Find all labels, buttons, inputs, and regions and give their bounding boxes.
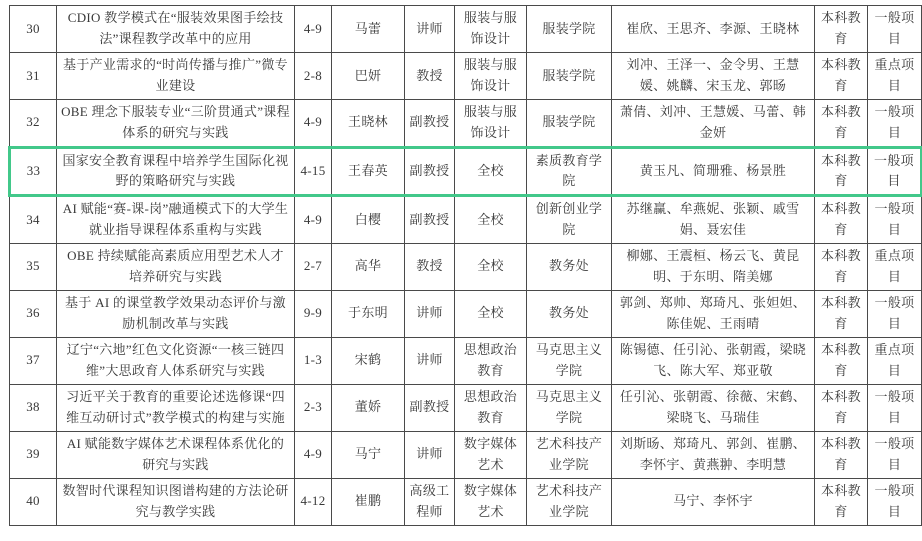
- page: 30 CDIO 教学模式在“服装效果图手绘技法”课程教学改革中的应用 4-9 马…: [0, 0, 922, 541]
- duration-cell: 1-3: [295, 337, 332, 384]
- members-cell: 崔欣、王思齐、李源、王晓林: [612, 6, 815, 53]
- duration-cell: 4-12: [295, 478, 332, 525]
- leader-cell: 王春英: [332, 147, 405, 196]
- project-type-cell: 重点项目: [868, 337, 922, 384]
- department-cell: 服装学院: [527, 100, 612, 148]
- table-row: 37 辽宁“六地”红色文化资源“一核三链四维”大思政育人体系研究与实践 1-3 …: [10, 337, 922, 384]
- table-row: 40 数智时代课程知识图谱构建的方法论研究与教学实践 4-12 崔鹏 高级工程师…: [10, 478, 922, 525]
- rank-cell: 讲师: [405, 290, 455, 337]
- duration-cell: 2-3: [295, 384, 332, 431]
- project-type-cell: 重点项目: [868, 53, 922, 100]
- table-row: 32 OBE 理念下服装专业“三阶贯通式”课程体系的研究与实践 4-9 王晓林 …: [10, 100, 922, 148]
- table-row-highlighted[interactable]: 33 国家安全教育课程中培养学生国际化视野的策略研究与实践 4-15 王春英 副…: [10, 147, 922, 196]
- project-title-cell: AI 赋能数字媒体艺术课程体系优化的研究与实践: [57, 431, 295, 478]
- department-cell: 马克思主义学院: [527, 337, 612, 384]
- project-title-cell: 习近平关于教育的重要论述选修课“四维互动研讨式”教学模式的构建与实施: [57, 384, 295, 431]
- rank-cell: 副教授: [405, 196, 455, 244]
- members-cell: 刘斯旸、郑琦凡、郭剑、崔鹏、李怀宇、黄燕翀、李明慧: [612, 431, 815, 478]
- department-cell: 服装学院: [527, 6, 612, 53]
- members-cell: 萧倩、刘冲、王慧媛、马蕾、韩金妍: [612, 100, 815, 148]
- members-cell: 苏继赢、牟燕妮、张颖、戚雪娟、聂宏佳: [612, 196, 815, 244]
- duration-cell: 9-9: [295, 290, 332, 337]
- row-number-cell: 40: [10, 478, 57, 525]
- education-level-cell: 本科教育: [815, 384, 868, 431]
- members-cell: 马宁、李怀宇: [612, 478, 815, 525]
- table-row: 36 基于 AI 的课堂教学效果动态评价与激励机制改革与实践 9-9 于东明 讲…: [10, 290, 922, 337]
- leader-cell: 王晓林: [332, 100, 405, 148]
- table-row: 30 CDIO 教学模式在“服装效果图手绘技法”课程教学改革中的应用 4-9 马…: [10, 6, 922, 53]
- project-type-cell: 一般项目: [868, 431, 922, 478]
- duration-cell: 2-8: [295, 53, 332, 100]
- leader-cell: 于东明: [332, 290, 405, 337]
- table-row: 35 OBE 持续赋能高素质应用型艺术人才培养研究与实践 2-7 高华 教授 全…: [10, 243, 922, 290]
- education-level-cell: 本科教育: [815, 100, 868, 148]
- members-cell: 任引沁、张朝霞、徐薇、宋鹤、梁晓飞、马瑞佳: [612, 384, 815, 431]
- table-row: 39 AI 赋能数字媒体艺术课程体系优化的研究与实践 4-9 马宁 讲师 数字媒…: [10, 431, 922, 478]
- project-type-cell: 一般项目: [868, 6, 922, 53]
- category-cell: 服装与服饰设计: [455, 100, 527, 148]
- row-number-cell: 31: [10, 53, 57, 100]
- education-level-cell: 本科教育: [815, 243, 868, 290]
- row-number-cell: 33: [10, 147, 57, 196]
- leader-cell: 董娇: [332, 384, 405, 431]
- duration-cell: 2-7: [295, 243, 332, 290]
- category-cell: 全校: [455, 196, 527, 244]
- department-cell: 创新创业学院: [527, 196, 612, 244]
- leader-cell: 高华: [332, 243, 405, 290]
- rank-cell: 副教授: [405, 100, 455, 148]
- education-level-cell: 本科教育: [815, 53, 868, 100]
- department-cell: 教务处: [527, 290, 612, 337]
- rank-cell: 副教授: [405, 147, 455, 196]
- rank-cell: 讲师: [405, 337, 455, 384]
- row-number-cell: 32: [10, 100, 57, 148]
- category-cell: 思想政治教育: [455, 384, 527, 431]
- row-number-cell: 39: [10, 431, 57, 478]
- project-title-cell: 基于 AI 的课堂教学效果动态评价与激励机制改革与实践: [57, 290, 295, 337]
- project-type-cell: 一般项目: [868, 290, 922, 337]
- department-cell: 教务处: [527, 243, 612, 290]
- project-title-cell: OBE 理念下服装专业“三阶贯通式”课程体系的研究与实践: [57, 100, 295, 148]
- row-number-cell: 35: [10, 243, 57, 290]
- members-cell: 郭剑、郑帅、郑琦凡、张妲妲、陈佳妮、王雨晴: [612, 290, 815, 337]
- project-title-cell: OBE 持续赋能高素质应用型艺术人才培养研究与实践: [57, 243, 295, 290]
- department-cell: 素质教育学院: [527, 147, 612, 196]
- table-row: 38 习近平关于教育的重要论述选修课“四维互动研讨式”教学模式的构建与实施 2-…: [10, 384, 922, 431]
- project-table: 30 CDIO 教学模式在“服装效果图手绘技法”课程教学改革中的应用 4-9 马…: [8, 5, 922, 526]
- rank-cell: 讲师: [405, 6, 455, 53]
- education-level-cell: 本科教育: [815, 290, 868, 337]
- category-cell: 数字媒体艺术: [455, 478, 527, 525]
- department-cell: 艺术科技产业学院: [527, 478, 612, 525]
- category-cell: 全校: [455, 243, 527, 290]
- project-type-cell: 重点项目: [868, 243, 922, 290]
- row-number-cell: 37: [10, 337, 57, 384]
- rank-cell: 副教授: [405, 384, 455, 431]
- rank-cell: 教授: [405, 243, 455, 290]
- members-cell: 柳娜、王震桓、杨云飞、黄昆明、于东明、隋美娜: [612, 243, 815, 290]
- duration-cell: 4-9: [295, 431, 332, 478]
- row-number-cell: 30: [10, 6, 57, 53]
- education-level-cell: 本科教育: [815, 196, 868, 244]
- project-type-cell: 一般项目: [868, 196, 922, 244]
- category-cell: 思想政治教育: [455, 337, 527, 384]
- rank-cell: 教授: [405, 53, 455, 100]
- department-cell: 马克思主义学院: [527, 384, 612, 431]
- department-cell: 艺术科技产业学院: [527, 431, 612, 478]
- education-level-cell: 本科教育: [815, 478, 868, 525]
- education-level-cell: 本科教育: [815, 147, 868, 196]
- duration-cell: 4-9: [295, 196, 332, 244]
- table-row: 31 基于产业需求的“时尚传播与推广”微专业建设 2-8 巴妍 教授 服装与服饰…: [10, 53, 922, 100]
- education-level-cell: 本科教育: [815, 431, 868, 478]
- members-cell: 刘冲、王泽一、金令男、王慧媛、姚麟、宋玉龙、郭旸: [612, 53, 815, 100]
- project-title-cell: CDIO 教学模式在“服装效果图手绘技法”课程教学改革中的应用: [57, 6, 295, 53]
- project-title-cell: 国家安全教育课程中培养学生国际化视野的策略研究与实践: [57, 147, 295, 196]
- row-number-cell: 38: [10, 384, 57, 431]
- members-cell: 黄玉凡、简珊雅、杨景胜: [612, 147, 815, 196]
- category-cell: 全校: [455, 147, 527, 196]
- row-number-cell: 36: [10, 290, 57, 337]
- leader-cell: 白樱: [332, 196, 405, 244]
- project-type-cell: 一般项目: [868, 147, 922, 196]
- department-cell: 服装学院: [527, 53, 612, 100]
- leader-cell: 巴妍: [332, 53, 405, 100]
- education-level-cell: 本科教育: [815, 337, 868, 384]
- project-type-cell: 一般项目: [868, 478, 922, 525]
- leader-cell: 崔鹏: [332, 478, 405, 525]
- leader-cell: 马宁: [332, 431, 405, 478]
- duration-cell: 4-9: [295, 100, 332, 148]
- project-type-cell: 一般项目: [868, 100, 922, 148]
- leader-cell: 宋鹤: [332, 337, 405, 384]
- project-title-cell: 数智时代课程知识图谱构建的方法论研究与教学实践: [57, 478, 295, 525]
- project-type-cell: 一般项目: [868, 384, 922, 431]
- duration-cell: 4-15: [295, 147, 332, 196]
- project-title-cell: 基于产业需求的“时尚传播与推广”微专业建设: [57, 53, 295, 100]
- duration-cell: 4-9: [295, 6, 332, 53]
- education-level-cell: 本科教育: [815, 6, 868, 53]
- rank-cell: 讲师: [405, 431, 455, 478]
- category-cell: 全校: [455, 290, 527, 337]
- row-number-cell: 34: [10, 196, 57, 244]
- category-cell: 服装与服饰设计: [455, 6, 527, 53]
- table-row: 34 AI 赋能“赛-课-岗”融通模式下的大学生就业指导课程体系重构与实践 4-…: [10, 196, 922, 244]
- rank-cell: 高级工程师: [405, 478, 455, 525]
- leader-cell: 马蕾: [332, 6, 405, 53]
- category-cell: 数字媒体艺术: [455, 431, 527, 478]
- project-title-cell: 辽宁“六地”红色文化资源“一核三链四维”大思政育人体系研究与实践: [57, 337, 295, 384]
- project-title-cell: AI 赋能“赛-课-岗”融通模式下的大学生就业指导课程体系重构与实践: [57, 196, 295, 244]
- category-cell: 服装与服饰设计: [455, 53, 527, 100]
- members-cell: 陈锡德、任引沁、张朝霞，梁晓飞、陈大军、郑亚敬: [612, 337, 815, 384]
